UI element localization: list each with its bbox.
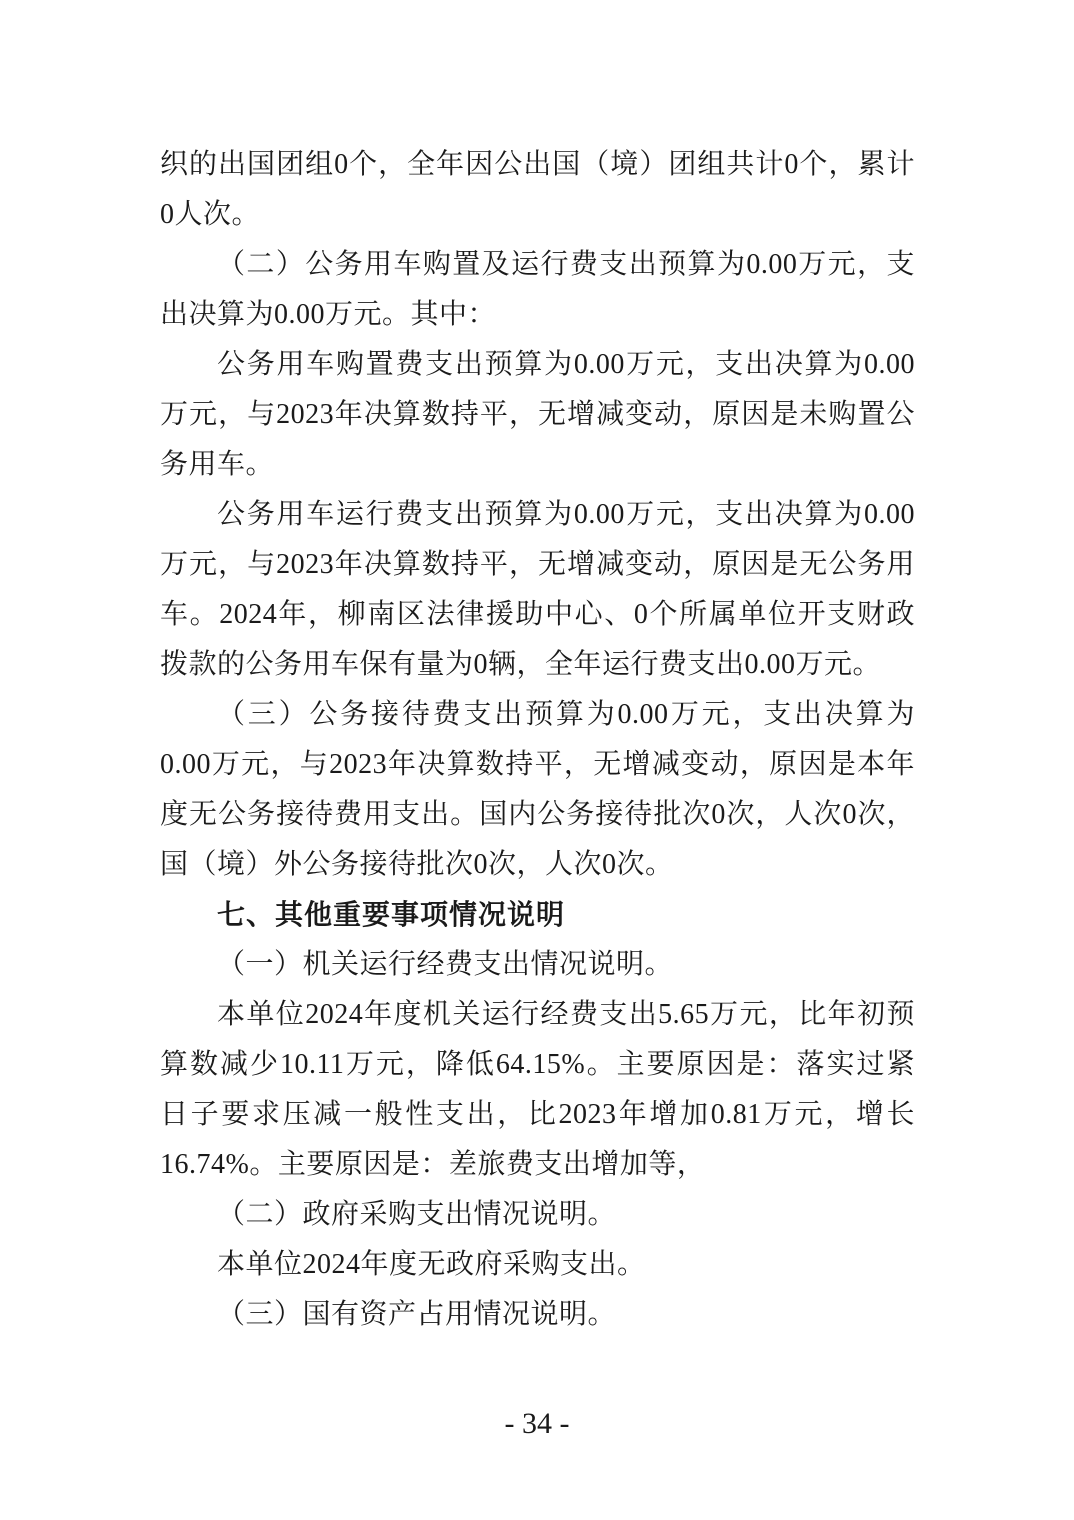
text-line: 0人次。 bbox=[160, 190, 915, 240]
page-number: - 34 - bbox=[0, 1402, 1074, 1446]
text-line: 拨款的公务用车保有量为0辆，全年运行费支出0.00万元。 bbox=[160, 640, 915, 690]
text-line: （二）公务用车购置及运行费支出预算为0.00万元，支 bbox=[160, 240, 915, 290]
text-line: 万元，与2023年决算数持平，无增减变动，原因是无公务用 bbox=[160, 540, 915, 590]
text-line: 16.74%。主要原因是：差旅费支出增加等， bbox=[160, 1140, 915, 1190]
text-line: （三）国有资产占用情况说明。 bbox=[160, 1290, 915, 1340]
text-line: 公务用车运行费支出预算为0.00万元，支出决算为0.00 bbox=[160, 490, 915, 540]
text-line: （一）机关运行经费支出情况说明。 bbox=[160, 940, 915, 990]
text-line: 公务用车购置费支出预算为0.00万元，支出决算为0.00 bbox=[160, 340, 915, 390]
text-line: 算数减少10.11万元，降低64.15%。主要原因是：落实过紧 bbox=[160, 1040, 915, 1090]
text-line: （二）政府采购支出情况说明。 bbox=[160, 1190, 915, 1240]
text-line: 本单位2024年度无政府采购支出。 bbox=[160, 1240, 915, 1290]
section-heading: 七、其他重要事项情况说明 bbox=[160, 890, 915, 940]
text-line: 本单位2024年度机关运行经费支出5.65万元，比年初预 bbox=[160, 990, 915, 1040]
text-line: 务用车。 bbox=[160, 440, 915, 490]
text-line: 度无公务接待费用支出。国内公务接待批次0次，人次0次， bbox=[160, 790, 915, 840]
document-page: 织的出国团组0个，全年因公出国（境）团组共计0个，累计 0人次。 （二）公务用车… bbox=[0, 0, 1074, 1520]
text-line: 国（境）外公务接待批次0次，人次0次。 bbox=[160, 840, 915, 890]
text-line: 0.00万元，与2023年决算数持平，无增减变动，原因是本年 bbox=[160, 740, 915, 790]
text-line: 织的出国团组0个，全年因公出国（境）团组共计0个，累计 bbox=[160, 140, 915, 190]
text-line: 车。2024年，柳南区法律援助中心、0个所属单位开支财政 bbox=[160, 590, 915, 640]
text-line: （三）公务接待费支出预算为0.00万元，支出决算为 bbox=[160, 690, 915, 740]
document-body: 织的出国团组0个，全年因公出国（境）团组共计0个，累计 0人次。 （二）公务用车… bbox=[160, 140, 915, 1340]
text-line: 日子要求压减一般性支出，比2023年增加0.81万元，增长 bbox=[160, 1090, 915, 1140]
text-line: 出决算为0.00万元。其中： bbox=[160, 290, 915, 340]
text-line: 万元，与2023年决算数持平，无增减变动，原因是未购置公 bbox=[160, 390, 915, 440]
